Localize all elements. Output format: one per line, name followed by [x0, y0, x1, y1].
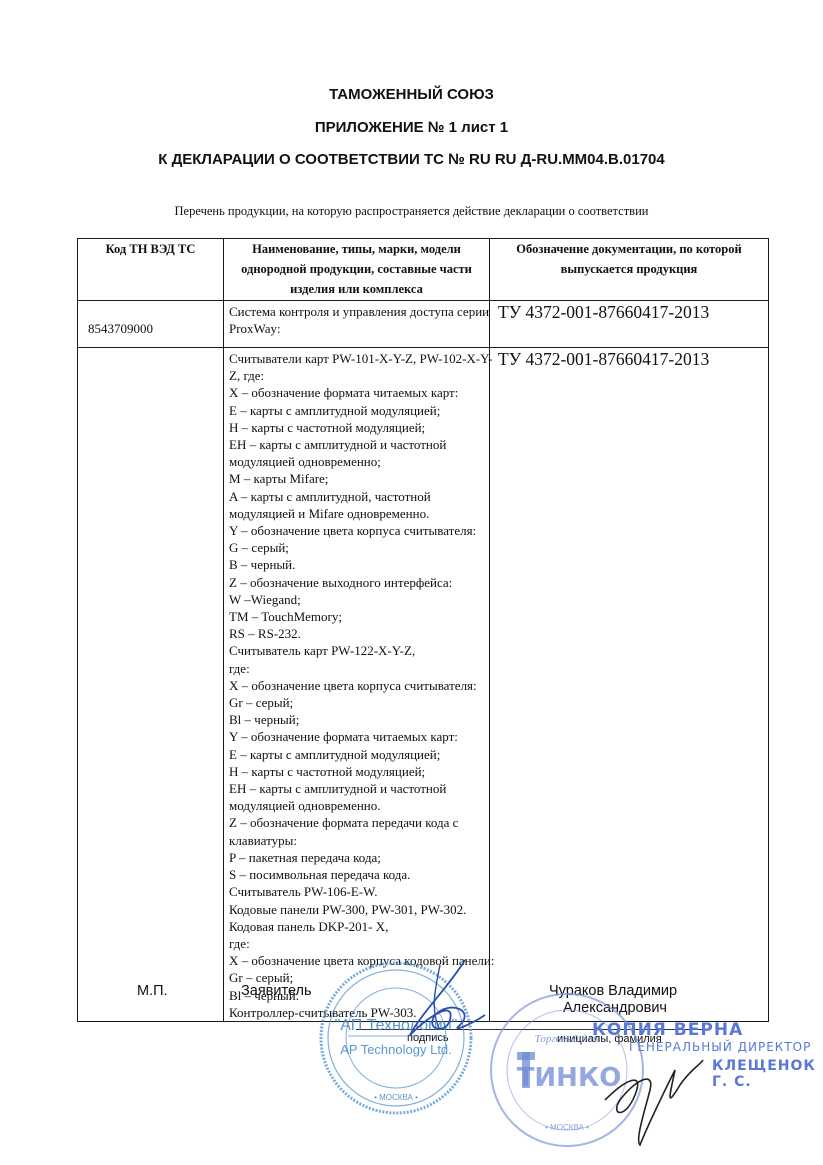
description-line: G – серый;: [229, 539, 485, 556]
column-header-name-label: Наименование, типы, марки, модели одноро…: [224, 239, 489, 299]
description-cell: Система контроля и управления доступа се…: [224, 301, 490, 348]
documentation-cell: ТУ 4372-001-87660417-2013: [490, 348, 769, 1022]
description-line: Gr – серый;: [229, 694, 485, 711]
description-line: Кодовая панель DKP-201- X,: [229, 918, 485, 935]
description-line: TM – TouchMemory;: [229, 608, 485, 625]
description-line: Считыватели карт PW-101-X-Y-Z, PW-102-X-…: [229, 350, 485, 367]
applicant-stamp-city: • МОСКВА •: [374, 1093, 418, 1102]
description-line: Считыватель карт PW-122-X-Y-Z,: [229, 642, 485, 659]
description-line: Y – обозначение формата читаемых карт:: [229, 728, 485, 745]
table-header-row: Код ТН ВЭД ТС Наименование, типы, марки,…: [78, 239, 769, 301]
description-line: Система контроля и управления доступа се…: [229, 303, 485, 320]
hs-code-cell: [78, 348, 224, 1022]
product-table: Код ТН ВЭД ТС Наименование, типы, марки,…: [77, 238, 769, 1022]
product-list-subtitle: Перечень продукции, на которую распростр…: [0, 204, 823, 219]
union-title: ТАМОЖЕННЫЙ СОЮЗ: [0, 86, 823, 103]
copy-stamp-line1: КОПИЯ ВЕРНА: [592, 1020, 743, 1040]
column-header-code-label: Код ТН ВЭД ТС: [78, 239, 223, 259]
director-signature-icon: [595, 1040, 705, 1150]
description-line: EH – карты с амплитудной и частотной: [229, 436, 485, 453]
column-header-code: Код ТН ВЭД ТС: [78, 239, 224, 301]
description-line: Bl – черный;: [229, 711, 485, 728]
description-line: X – обозначение цвета корпуса считывател…: [229, 677, 485, 694]
appendix-title: ПРИЛОЖЕНИЕ № 1 лист 1: [0, 119, 823, 136]
description-line: Z – обозначение формата передачи кода с: [229, 814, 485, 831]
description-line: H – карты с частотной модуляцией;: [229, 763, 485, 780]
description-line: A – карты с амплитудной, частотной: [229, 488, 485, 505]
description-line: H – карты с частотной модуляцией;: [229, 419, 485, 436]
description-line: E – карты с амплитудной модуляцией;: [229, 746, 485, 763]
column-header-name: Наименование, типы, марки, модели одноро…: [224, 239, 490, 301]
description-line: S – посимвольная передача кода.: [229, 866, 485, 883]
seal-label: М.П.: [137, 983, 168, 999]
description-line: Y – обозначение цвета корпуса считывател…: [229, 522, 485, 539]
description-line: Кодовые панели PW-300, PW-301, PW-302.: [229, 901, 485, 918]
table-row: Считыватели карт PW-101-X-Y-Z, PW-102-X-…: [78, 348, 769, 1022]
description-line: Z, где:: [229, 367, 485, 384]
description-line: модуляцией одновременно;: [229, 453, 485, 470]
applicant-label: Заявитель: [241, 983, 312, 999]
description-line: M – карты Mifare;: [229, 470, 485, 487]
description-line: модуляцией одновременно.: [229, 797, 485, 814]
description-line: EH – карты с амплитудной и частотной: [229, 780, 485, 797]
column-header-documentation-label: Обозначение документации, по которой вып…: [490, 239, 768, 279]
description-line: модуляцией и Mifare одновременно.: [229, 505, 485, 522]
applicant-signature-icon: [380, 955, 490, 1055]
description-cell: Считыватели карт PW-101-X-Y-Z, PW-102-X-…: [224, 348, 490, 1022]
description-line: P – пакетная передача кода;: [229, 849, 485, 866]
description-line: где:: [229, 935, 485, 952]
table-row: 8543709000 Система контроля и управления…: [78, 301, 769, 348]
description-line: клавиатуры:: [229, 832, 485, 849]
description-line: RS – RS-232.: [229, 625, 485, 642]
documentation-cell: ТУ 4372-001-87660417-2013: [490, 301, 769, 348]
hs-code-cell: 8543709000: [78, 301, 224, 348]
description-line: X – обозначение формата читаемых карт:: [229, 384, 485, 401]
description-line: где:: [229, 660, 485, 677]
declaration-title: К ДЕКЛАРАЦИИ О СООТВЕТСТВИИ ТС № RU RU Д…: [0, 151, 823, 168]
certifier-stamp-city: • МОСКВА •: [545, 1123, 589, 1132]
description-line: ProxWay:: [229, 320, 485, 337]
description-line: B – черный.: [229, 556, 485, 573]
copy-stamp-line3: КЛЕЩЕНОК Г. С.: [712, 1058, 823, 1090]
description-line: Z – обозначение выходного интерфейса:: [229, 574, 485, 591]
column-header-documentation: Обозначение документации, по которой вып…: [490, 239, 769, 301]
certifier-stamp-subtitle: Торговый дом: [535, 1033, 600, 1045]
description-line: E – карты с амплитудной модуляцией;: [229, 402, 485, 419]
description-line: W –Wiegand;: [229, 591, 485, 608]
description-line: Считыватель PW-106-E-W.: [229, 883, 485, 900]
